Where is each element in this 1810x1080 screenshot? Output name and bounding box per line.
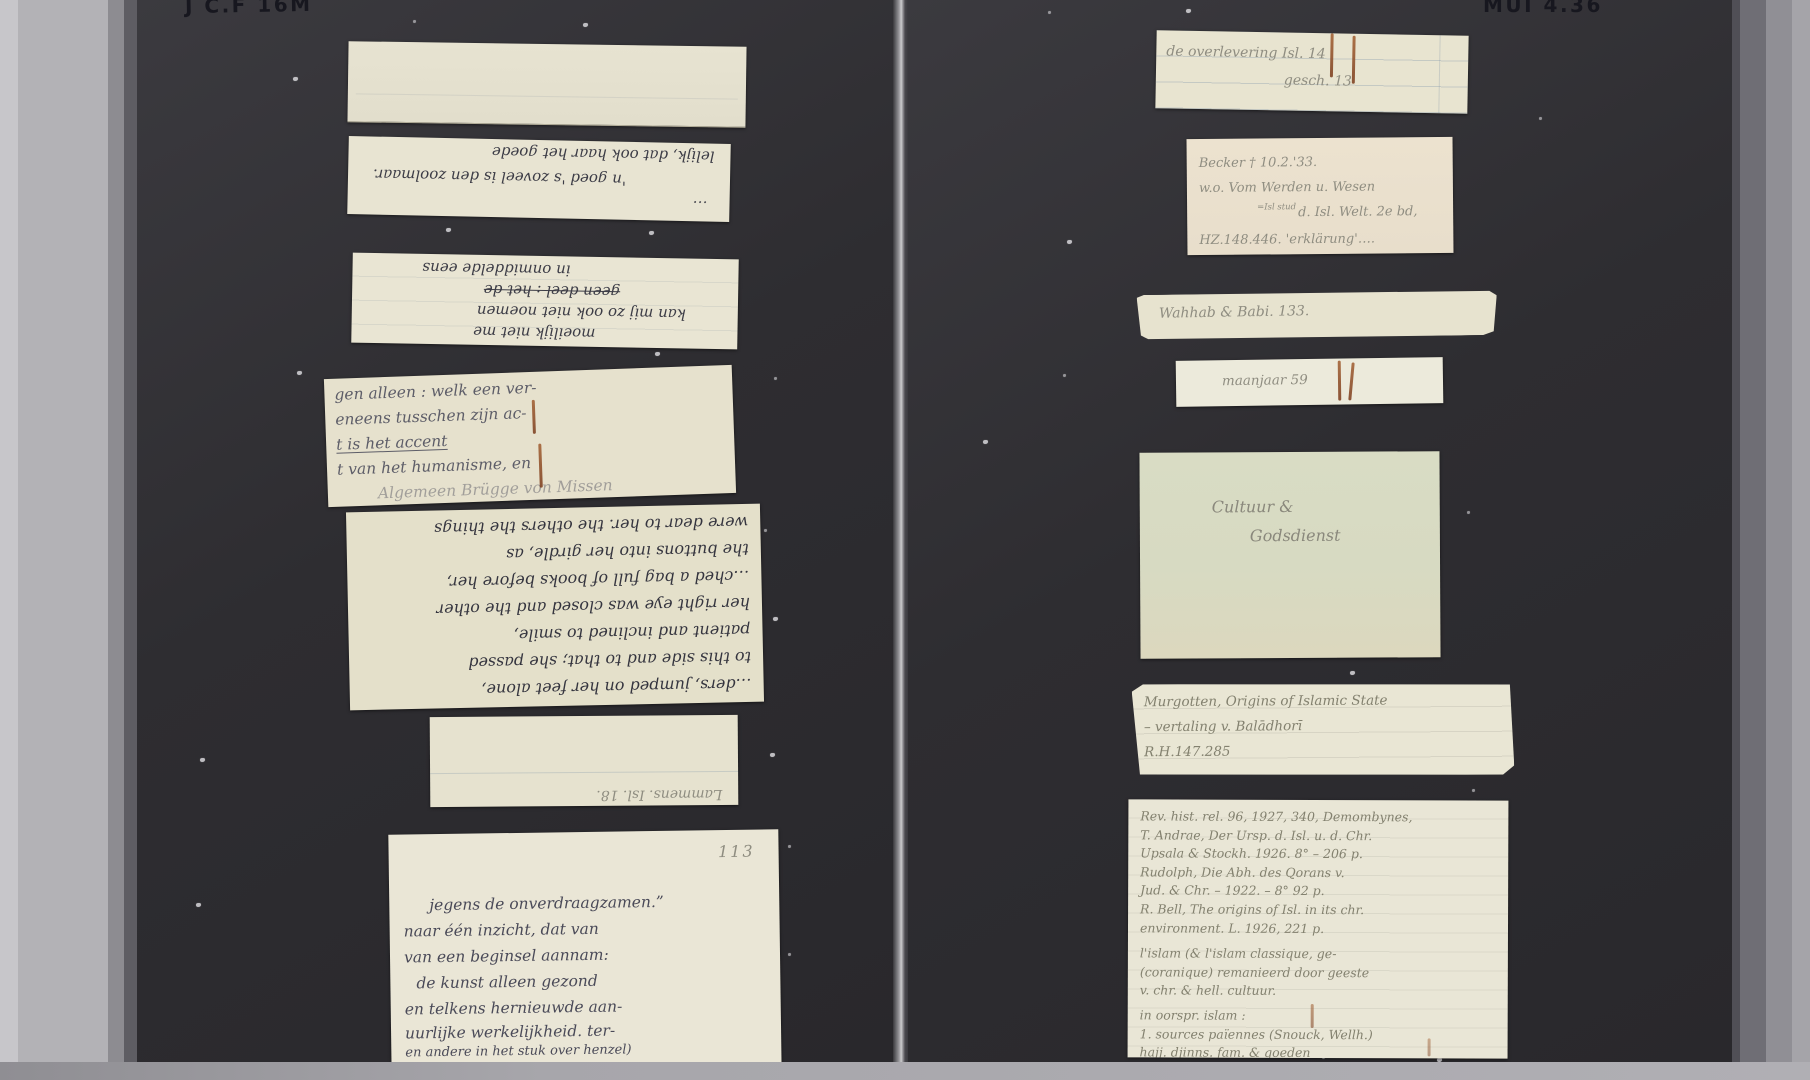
staple-hole-speck — [196, 903, 201, 907]
slip-lammens: Lammens. Isl. 18. — [430, 715, 739, 807]
flipped-slip-notes: moeilijk niet mekan mij zo ook niet noem… — [351, 253, 739, 350]
handwriting-block: gen alleen : welk een ver-eneens tussche… — [324, 365, 736, 507]
handwriting-line: Wahhab & Babi. 133. — [1159, 300, 1487, 322]
handwriting-line: hajj. djinns. fam. & goeden — [1140, 1044, 1496, 1059]
staple-hole-speck — [1063, 374, 1066, 377]
inventory-mark-right: MUI 4.36 — [1483, 0, 1603, 17]
slip-becker: Becker † 10.2.'33. w.o. Vom Werden u. We… — [1186, 137, 1453, 255]
handwriting-line: R.H.147.285 — [1144, 738, 1502, 765]
handwriting-block: jegens de onverdraagzamen.”naar één inzi… — [388, 829, 781, 1062]
staple-hole-speck — [770, 753, 775, 757]
scan-margin-left — [0, 0, 137, 1080]
handwriting-line: in oorspr. islam : — [1140, 1006, 1496, 1026]
handwriting-line: Upsala & Stockh. 1926. 8° – 206 p. — [1140, 845, 1496, 865]
slip-murgotten: Murgotten, Origins of Islamic State– ver… — [1132, 682, 1515, 778]
handwriting-line: Becker † 10.2.'33. — [1199, 149, 1441, 176]
handwriting-line: Murgotten, Origins of Islamic State — [1144, 688, 1502, 715]
blank-paper-slip — [347, 41, 746, 128]
slip-wahhab-babi: Wahhab & Babi. 133. — [1137, 289, 1498, 341]
card-cultuur-godsdienst: Cultuur &Godsdienst — [1139, 451, 1440, 659]
handwriting-block: Cultuur &Godsdienst — [1139, 451, 1440, 659]
handwriting-line: v. chr. & hell. cultuur. — [1140, 982, 1496, 1002]
handwriting-line: T. Andrae, Der Ursp. d. Isl. u. d. Chr. — [1140, 826, 1496, 846]
rust-stain — [1428, 1038, 1431, 1056]
handwriting-line: en andere in het stuk over henzel) — [405, 1039, 767, 1061]
handwriting-line: l'islam (& l'islam classique, ge- — [1140, 945, 1496, 965]
handwriting-line: environment. L. 1926, 221 p. — [1140, 919, 1496, 939]
archival-scan: J C.F 16M …'n goed 's zoveel is den zool… — [0, 0, 1810, 1080]
staple-hole-speck — [1186, 9, 1191, 13]
slip-humanisme: gen alleen : welk een ver-eneens tussche… — [324, 365, 736, 507]
staple-hole-speck — [1472, 789, 1475, 792]
handwriting-block: Murgotten, Origins of Islamic State– ver… — [1132, 682, 1515, 778]
interlinear-note: =Isl stud — [1257, 195, 1296, 220]
handwriting-line: Rev. hist. rel. 96, 1927, 340, Demombyne… — [1140, 807, 1496, 827]
page-fold-gap — [893, 0, 908, 1062]
staple-hole-speck — [1048, 11, 1051, 14]
slip-maanjaar: maanjaar 59 — [1176, 357, 1444, 407]
handwriting-block: Wahhab & Babi. 133. — [1137, 289, 1498, 341]
staple-hole-speck — [1350, 671, 1355, 675]
handwriting-line: HZ.148.446. 'erklärung'…. — [1199, 226, 1441, 253]
handwriting-line: Cultuur & — [1154, 491, 1426, 521]
staple-hole-speck — [764, 529, 767, 532]
inventory-mark-left: J C.F 16M — [185, 0, 313, 18]
staple-hole-speck — [1539, 117, 1542, 120]
handwriting-block: maanjaar 59 — [1176, 357, 1444, 407]
handwriting-block: …ders, jumped on her feet alone,to this … — [346, 504, 764, 711]
scan-margin-bottom — [0, 1062, 1810, 1080]
handwriting-line: gesch. 13 — [1166, 65, 1458, 97]
flipped-slip-short: …'n goed 's zoveel is den zoolmaar.lelij… — [347, 136, 731, 222]
staple-hole-speck — [649, 231, 654, 235]
scan-margin-right — [1732, 0, 1810, 1080]
handwriting-line: =Isl studd. Isl. Welt. 2e bd, — [1199, 199, 1441, 228]
handwriting-line: (coranique) remanieerd door geeste — [1140, 963, 1496, 983]
handwriting-line: Rudolph, Die Abh. des Qorans v. — [1140, 863, 1496, 883]
handwriting-line: de overlevering Isl. 14 — [1166, 38, 1458, 70]
staple-hole-speck — [788, 953, 791, 956]
staple-hole-speck — [655, 352, 660, 356]
handwriting-line: 1. sources païennes (Snouck, Wellh.) — [1140, 1025, 1496, 1045]
rust-stain — [1311, 1004, 1314, 1028]
handwriting-line: Jud. & Chr. – 1922. – 8° 92 p. — [1140, 882, 1496, 902]
staple-hole-speck — [200, 758, 205, 762]
handwriting-block: de overlevering Isl. 14gesch. 13 — [1155, 30, 1468, 113]
staple-hole-speck — [788, 845, 791, 848]
staple-hole-speck — [446, 228, 451, 232]
staple-hole-speck — [297, 371, 302, 375]
slip-bibliography: Rev. hist. rel. 96, 1927, 340, Demombyne… — [1128, 799, 1509, 1058]
staple-hole-speck — [293, 77, 298, 81]
handwriting-line: Godsdienst — [1154, 520, 1426, 550]
staple-hole-speck — [773, 617, 778, 621]
handwriting-block: moeilijk niet mekan mij zo ook niet noem… — [351, 253, 739, 350]
staple-hole-speck — [413, 20, 416, 23]
slip-113: 113 jegens de onverdraagzamen.”naar één … — [388, 829, 781, 1062]
handwriting-block: …'n goed 's zoveel is den zoolmaar.lelij… — [347, 136, 731, 222]
handwriting-line: w.o. Vom Werden u. Wesen — [1199, 174, 1441, 201]
rust-stain — [1338, 361, 1342, 401]
album-page-left: J C.F 16M …'n goed 's zoveel is den zool… — [137, 0, 893, 1062]
staple-hole-speck — [1067, 240, 1072, 244]
handwriting-line: maanjaar 59 — [1222, 370, 1433, 389]
staple-hole-speck — [983, 440, 988, 444]
slip-overlevering: de overlevering Isl. 14gesch. 13 — [1155, 30, 1468, 113]
handwriting-line: R. Bell, The origins of Isl. in its chr. — [1140, 900, 1496, 920]
staple-hole-speck — [583, 23, 588, 27]
staple-hole-speck — [1437, 1058, 1442, 1062]
handwriting-block: Becker † 10.2.'33. w.o. Vom Werden u. We… — [1186, 137, 1453, 255]
handwriting-line: – vertaling v. Balādhorī — [1144, 713, 1502, 740]
handwriting-block: Rev. hist. rel. 96, 1927, 340, Demombyne… — [1128, 799, 1509, 1058]
staple-hole-speck — [774, 377, 777, 380]
flipped-slip-english: …ders, jumped on her feet alone,to this … — [346, 504, 764, 711]
handwriting-block: Lammens. Isl. 18. — [430, 715, 739, 807]
album-page-right: MUI 4.36 de overlevering Isl. 14gesch. 1… — [908, 0, 1732, 1062]
handwriting-text: d. Isl. Welt. 2e bd, — [1298, 204, 1417, 220]
staple-hole-speck — [1467, 511, 1470, 514]
handwriting-line: Lammens. Isl. 18. — [446, 786, 722, 804]
